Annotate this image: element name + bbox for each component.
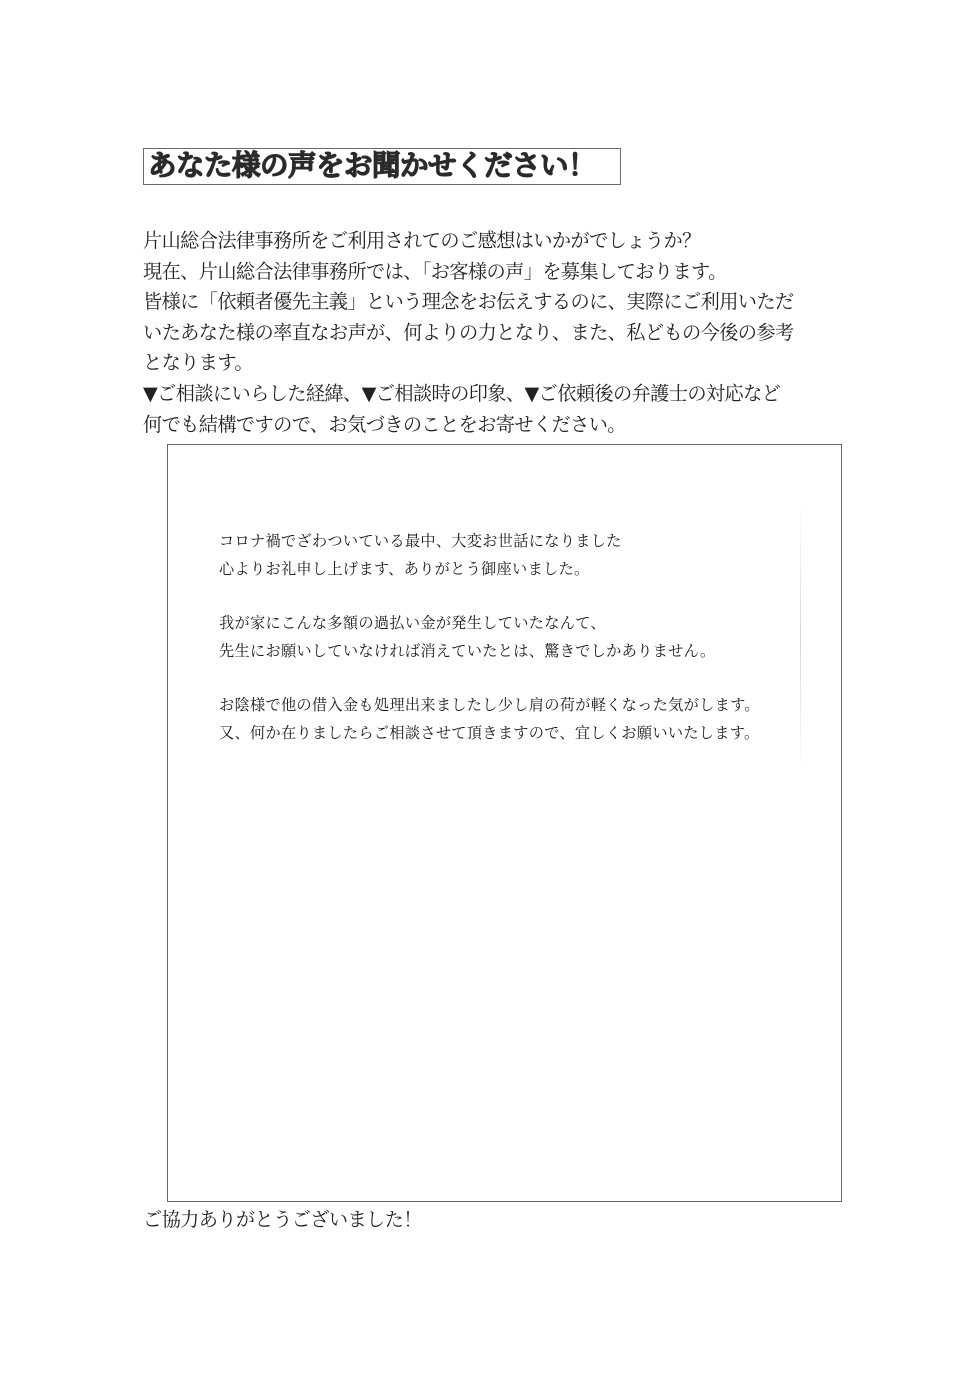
intro-line: 何でも結構ですので、お気づきのことをお寄せください。 <box>143 410 863 441</box>
intro-line: 片山総合法律事務所をご利用されてのご感想はいかがでしょうか？ <box>143 226 863 257</box>
feedback-line: 又、何か在りましたらご相談させて頂きますので、宜しくお願いいたします。 <box>219 719 819 747</box>
feedback-paragraph: 我が家にこんな多額の過払い金が発生していたなんて、 先生にお願いしていなければ消… <box>219 609 819 665</box>
intro-line: 皆様に「依頼者優先主義」という理念をお伝えするのに、実際にご利用いただ <box>143 287 863 318</box>
feedback-line: お陰様で他の借入金も処理出来ましたし少し肩の荷が軽くなった気がします。 <box>219 691 819 719</box>
intro-line: いたあなた様の率直なお声が、何よりの力となり、また、私どもの今後の参考 <box>143 318 863 349</box>
page-title: あなた様の声をお聞かせください！ <box>148 152 596 181</box>
feedback-line: 我が家にこんな多額の過払い金が発生していたなんて、 <box>219 609 819 637</box>
intro-line: 現在、片山総合法律事務所では、「お客様の声」を募集しております。 <box>143 257 863 288</box>
intro-line: となります。 <box>143 348 863 379</box>
feedback-line: 先生にお願いしていなければ消えていたとは、驚きでしかありません。 <box>219 637 819 665</box>
intro-text: 片山総合法律事務所をご利用されてのご感想はいかがでしょうか？ 現在、片山総合法律… <box>143 226 863 440</box>
feedback-line: 心よりお礼申し上げます、ありがとう御座いました。 <box>219 555 819 583</box>
closing-message: ご協力ありがとうございました！ <box>143 1205 422 1235</box>
page-title-box: あなた様の声をお聞かせください！ <box>143 148 621 185</box>
intro-line: ▼ご相談にいらした経緯、▼ご相談時の印象、▼ご依頼後の弁護士の対応など <box>143 379 863 410</box>
feedback-paragraph: コロナ禍でざわついている最中、大変お世話になりました 心よりお礼申し上げます、あ… <box>219 527 819 583</box>
feedback-line: コロナ禍でざわついている最中、大変お世話になりました <box>219 527 819 555</box>
feedback-paragraph: お陰様で他の借入金も処理出来ましたし少し肩の荷が軽くなった気がします。 又、何か… <box>219 691 819 747</box>
